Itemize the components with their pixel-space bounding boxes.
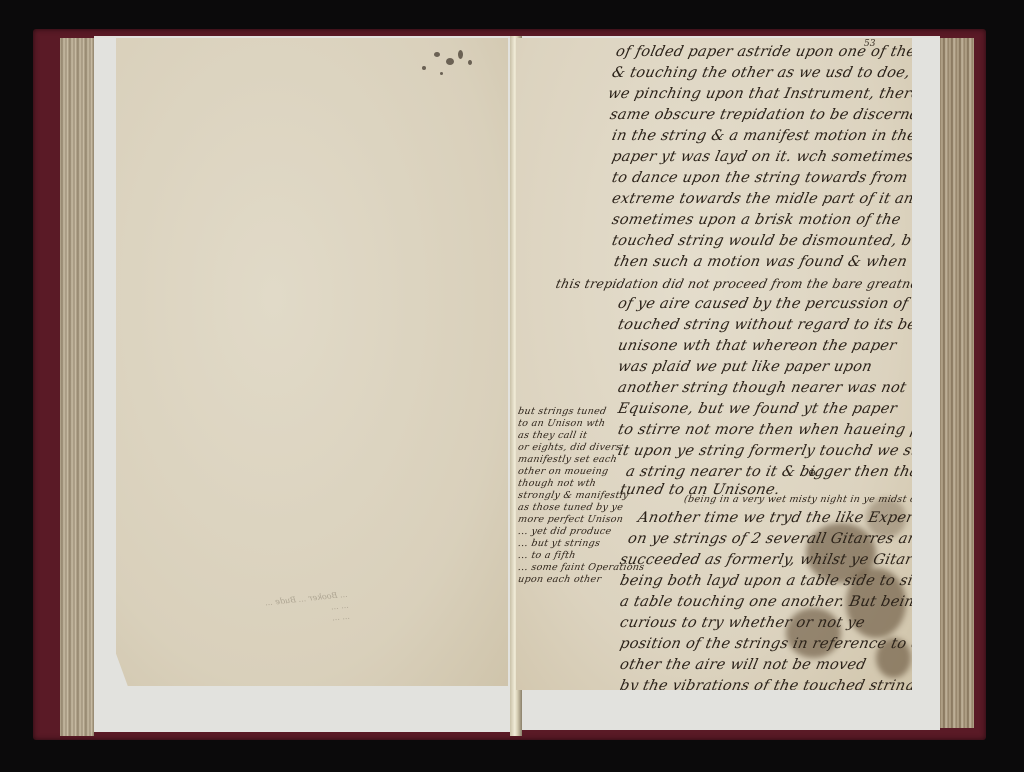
marginal-note-line: as those tuned by ye [517,502,624,514]
manuscript-line: Another time we tryd the like Experimt [636,508,912,529]
offset-writing: ... Booker ... Bude ... ... ... ... ... [265,589,351,630]
manuscript-line: extreme towards the midle part of it and [610,189,912,210]
ink-spot [446,58,454,65]
marginal-note-line: upon each other [517,574,602,586]
manuscript-line: to dance upon the string towards from th… [610,168,912,189]
manuscript-line: of folded paper astride upon one of them [614,42,912,63]
marginal-note-line: ... yet did produce [517,526,612,538]
manuscript-line: unisone wth that whereon the paper [616,336,899,357]
manuscript-line: on ye strings of 2 severall Gitarres and… [626,529,912,550]
manuscript-line: touched string without regard to its bei… [616,315,912,336]
ink-spot [440,72,443,75]
marginal-note-line: ... some faint Operations [517,562,645,574]
interlinear-note: (being in a very wet misty night in ye m… [683,494,912,506]
marginal-note-line: ... but yt strings [517,538,601,550]
manuscript-line: this trepidation did not proceed from th… [554,273,912,294]
manuscript-line: in the string & a manifest motion in the [610,126,912,147]
manuscript-line: succeeded as formerly, whilst ye Gitarre… [618,550,912,571]
manuscript-line: we pinching upon that Instrument, there … [606,84,912,105]
right-manuscript-page: 53 of folded paper astride upon one of t… [516,38,912,690]
manuscript-line: another string though nearer was not ver… [616,378,912,399]
marginal-note-line: as they call it [517,430,588,442]
manuscript-line: paper yt was layd on it. wch sometimes s… [610,147,912,168]
manuscript-line: was plaid we put like paper upon [616,357,874,378]
marginal-note-line: to an Unison wth [517,418,606,430]
marginal-note-line: or eights, did divers [517,442,622,454]
left-text-block-edge [60,38,94,736]
manuscript-line: being both layd upon a table side to sid… [618,571,912,592]
manuscript-line: & touching the other as we usd to doe, w… [610,63,912,84]
manuscript-line: same obscure trepidation to be discernd [608,105,912,126]
manuscript-line: touched string would be dismounted, but … [610,231,912,252]
manuscript-line: curious to try whether or not ye [618,613,867,634]
right-text-block-edge [940,38,974,728]
cross-reference-mark: ⊕ [808,468,816,479]
marginal-note-line: though not wth [517,478,597,490]
marginal-note-line: strongly & manifestly [517,490,630,502]
manuscript-line: other the aire will not be moved [618,655,868,676]
manuscript-line: Equisone, but we found yt the paper [616,399,899,420]
manuscript-line: it upon ye string formerly touchd we str… [616,441,912,462]
left-manuscript-page: ... Booker ... Bude ... ... ... ... ... [116,38,508,686]
manuscript-line: then such a motion was found & when to t… [612,252,912,273]
marginal-note-line: but strings tuned [517,406,607,418]
marginal-note-line: ... to a fifth [517,550,577,562]
ink-spot [422,66,426,70]
ink-spot [458,50,463,59]
marginal-note-line: other on moueing [517,466,609,478]
ink-spot [434,52,440,57]
manuscript-line: by the vibrations of the touched string [618,676,912,690]
marginal-note-line: more perfect Unison [517,514,624,526]
ink-spot [468,60,472,65]
manuscript-line: sometimes upon a brisk motion of the [610,210,903,231]
manuscript-line: a table touching one another. But being [618,592,912,613]
manuscript-line: position of the strings in reference to … [618,634,912,655]
marginal-note-line: manifestly set each [517,454,618,466]
manuscript-line: of ye aire caused by the percussion of t… [616,294,912,315]
manuscript-line: to stirre not more then when haueing pla… [616,420,912,441]
